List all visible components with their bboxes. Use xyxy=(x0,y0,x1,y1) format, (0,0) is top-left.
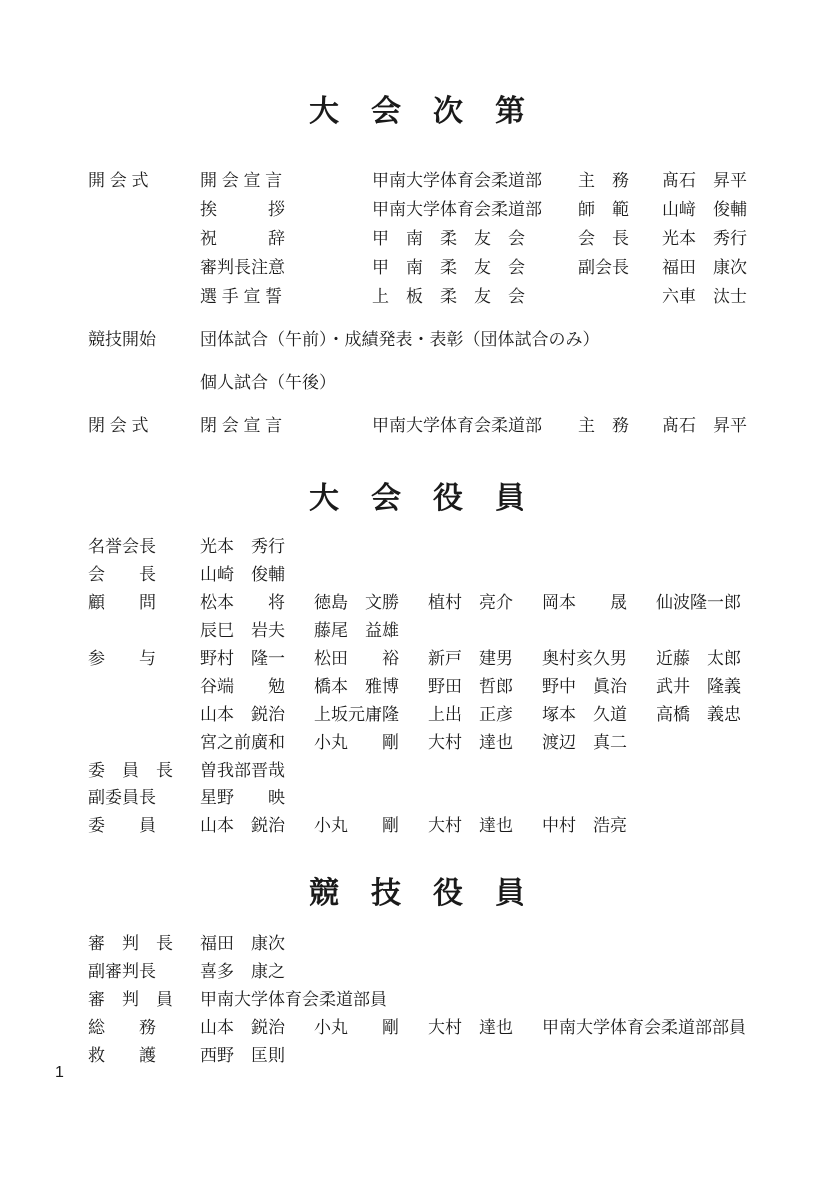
official-name: 徳島 文勝 xyxy=(314,588,402,613)
official-name: 中村 浩亮 xyxy=(542,811,630,836)
official-name: 岡本 晟 xyxy=(542,588,630,613)
official-role-label: 会 長 xyxy=(88,560,200,585)
ceremony-org: 上 板 柔 友 会 xyxy=(372,282,578,307)
official-row: 委 員 長 曽我部晋哉 xyxy=(88,754,835,782)
ceremony-role: 主 務 xyxy=(578,411,662,436)
official-name: 新戸 建男 xyxy=(428,644,516,669)
ceremony-item: 祝 辞 xyxy=(200,224,372,249)
official-name: 高橋 義忠 xyxy=(656,700,744,725)
start-line1: 団体試合（午前）・成績発表・表彰（団体試合のみ） xyxy=(200,325,600,350)
official-name: 辰巳 岩夫 xyxy=(200,616,288,641)
ceremony-item: 開 会 宣 言 xyxy=(200,166,372,191)
official-row: 辰巳 岩夫 藤尾 益雄 xyxy=(88,615,835,643)
official-row: 委 員 山本 鋭治 小丸 剛 大村 達也 中村 浩亮 xyxy=(88,810,835,838)
competition-role-label: 総 務 xyxy=(88,1013,200,1038)
ceremony-row: 審判長注意 甲 南 柔 友 会 副会長 福田 康次 xyxy=(88,251,835,280)
ceremony-org: 甲 南 柔 友 会 xyxy=(372,253,578,278)
ceremony-role: 会 長 xyxy=(578,224,662,249)
competition-role-label: 副審判長 xyxy=(88,957,200,982)
official-name: 曽我部晋哉 xyxy=(200,756,288,781)
ceremony-item: 挨 拶 xyxy=(200,195,372,220)
official-name: 松本 将 xyxy=(200,588,288,613)
competition-name: 山本 鋭治 xyxy=(200,1013,288,1038)
official-row: 参 与 野村 隆一 松田 裕 新戸 建男 奥村亥久男 近藤 太郎 xyxy=(88,643,835,671)
competition-row: 審 判 長 福田 康次 xyxy=(88,927,835,955)
official-name: 光本 秀行 xyxy=(200,532,288,557)
official-name: 武井 隆義 xyxy=(656,672,744,697)
competition-row: 総 務 山本 鋭治 小丸 剛 大村 達也 甲南大学体育会柔道部部員 xyxy=(88,1011,835,1039)
ceremony-person: 山﨑 俊輔 xyxy=(662,195,747,220)
competition-officials-rows: 審 判 長 福田 康次 副審判長 喜多 康之 審 判 員 甲南大学体育会柔道部員… xyxy=(88,927,835,1067)
competition-name: 喜多 康之 xyxy=(200,957,288,982)
official-name: 谷端 勉 xyxy=(200,672,288,697)
ceremony-item: 審判長注意 xyxy=(200,253,372,278)
ceremony-item: 選 手 宣 誓 xyxy=(200,282,372,307)
official-row: 宮之前廣和 小丸 剛 大村 達也 渡辺 真二 xyxy=(88,726,835,754)
ceremony-role: 主 務 xyxy=(578,166,662,191)
competition-name: 小丸 剛 xyxy=(314,1013,402,1038)
official-name: 山本 鋭治 xyxy=(200,700,288,725)
competition-start-row: 個人試合（午後） xyxy=(88,371,835,389)
competition-name: 福田 康次 xyxy=(200,929,288,954)
official-name: 上出 正彦 xyxy=(428,700,516,725)
official-name: 大村 達也 xyxy=(428,811,516,836)
competition-name: 西野 匡則 xyxy=(200,1041,288,1066)
competition-role-label: 審 判 員 xyxy=(88,985,200,1010)
official-role-label: 参 与 xyxy=(88,644,200,669)
official-name: 渡辺 真二 xyxy=(542,728,630,753)
official-role-label: 委 員 長 xyxy=(88,756,200,781)
official-name: 奥村亥久男 xyxy=(542,644,630,669)
competition-name: 大村 達也 xyxy=(428,1013,516,1038)
closing-ceremony-row: 閉 会 式 閉 会 宣 言 甲南大学体育会柔道部 主 務 髙石 昇平 xyxy=(88,414,835,432)
competition-officials-title: 競 技 役 員 xyxy=(0,878,835,910)
ceremony-org: 甲南大学体育会柔道部 xyxy=(372,411,578,436)
official-name: 橋本 雅博 xyxy=(314,672,402,697)
official-name: 小丸 剛 xyxy=(314,811,402,836)
officials-title: 大 会 役 員 xyxy=(0,483,835,515)
official-role-label: 顧 問 xyxy=(88,588,200,613)
competition-name: 甲南大学体育会柔道部部員 xyxy=(542,1013,746,1038)
official-role-label: 名誉会長 xyxy=(88,532,200,557)
competition-row: 救 護 西野 匡則 xyxy=(88,1039,835,1067)
official-name: 星野 映 xyxy=(200,783,288,808)
ceremony-person: 髙石 昇平 xyxy=(662,411,747,436)
ceremony-person: 六車 汰士 xyxy=(662,282,747,307)
official-name: 宮之前廣和 xyxy=(200,728,288,753)
ceremony-role: 副会長 xyxy=(578,253,662,278)
ceremony-row: 選 手 宣 誓 上 板 柔 友 会 六車 汰士 xyxy=(88,280,835,309)
official-name: 野田 哲郎 xyxy=(428,672,516,697)
ceremony-row: 開 会 式 開 会 宣 言 甲南大学体育会柔道部 主 務 髙石 昇平 xyxy=(88,164,835,193)
ceremony-org: 甲南大学体育会柔道部 xyxy=(372,195,578,220)
ceremony-role: 師 範 xyxy=(578,195,662,220)
start-line2: 個人試合（午後） xyxy=(200,368,336,393)
competition-start-row: 競技開始 団体試合（午前）・成績発表・表彰（団体試合のみ） xyxy=(88,328,835,346)
official-row: 名誉会長 光本 秀行 xyxy=(88,531,835,559)
official-name: 植村 亮介 xyxy=(428,588,516,613)
officials-rows: 名誉会長 光本 秀行 会 長 山崎 俊輔 顧 問 松本 将 徳島 文勝 植村 亮… xyxy=(88,531,835,838)
program-title: 大 会 次 第 xyxy=(0,96,835,128)
official-role-label: 副委員長 xyxy=(88,783,200,808)
ceremony-label: 開 会 式 xyxy=(88,166,200,191)
competition-name: 甲南大学体育会柔道部員 xyxy=(200,985,387,1010)
ceremony-org: 甲南大学体育会柔道部 xyxy=(372,166,578,191)
ceremony-person: 福田 康次 xyxy=(662,253,747,278)
official-name: 小丸 剛 xyxy=(314,728,402,753)
document-page: 大 会 次 第 開 会 式 開 会 宣 言 甲南大学体育会柔道部 主 務 髙石 … xyxy=(0,0,835,1181)
competition-row: 副審判長 喜多 康之 xyxy=(88,955,835,983)
ceremony-row: 挨 拶 甲南大学体育会柔道部 師 範 山﨑 俊輔 xyxy=(88,193,835,222)
official-name: 近藤 太郎 xyxy=(656,644,744,669)
competition-row: 審 判 員 甲南大学体育会柔道部員 xyxy=(88,983,835,1011)
ceremony-person: 髙石 昇平 xyxy=(662,166,747,191)
official-name: 野村 隆一 xyxy=(200,644,288,669)
official-name: 藤尾 益雄 xyxy=(314,616,402,641)
official-name: 松田 裕 xyxy=(314,644,402,669)
opening-ceremony-rows: 開 会 式 開 会 宣 言 甲南大学体育会柔道部 主 務 髙石 昇平 挨 拶 甲… xyxy=(88,164,835,309)
official-name: 大村 達也 xyxy=(428,728,516,753)
official-name: 上坂元庸隆 xyxy=(314,700,402,725)
competition-role-label: 審 判 長 xyxy=(88,929,200,954)
ceremony-item: 閉 会 宣 言 xyxy=(200,411,372,436)
ceremony-org: 甲 南 柔 友 会 xyxy=(372,224,578,249)
official-name: 塚本 久道 xyxy=(542,700,630,725)
official-row: 顧 問 松本 将 徳島 文勝 植村 亮介 岡本 晟 仙波隆一郎 xyxy=(88,587,835,615)
official-name: 山崎 俊輔 xyxy=(200,560,288,585)
ceremony-person: 光本 秀行 xyxy=(662,224,747,249)
official-row: 山本 鋭治 上坂元庸隆 上出 正彦 塚本 久道 高橋 義忠 xyxy=(88,698,835,726)
official-name: 仙波隆一郎 xyxy=(656,588,744,613)
competition-role-label: 救 護 xyxy=(88,1041,200,1066)
official-row: 会 長 山崎 俊輔 xyxy=(88,559,835,587)
official-row: 副委員長 星野 映 xyxy=(88,782,835,810)
ceremony-row: 祝 辞 甲 南 柔 友 会 会 長 光本 秀行 xyxy=(88,222,835,251)
official-name: 野中 眞治 xyxy=(542,672,630,697)
start-label: 競技開始 xyxy=(88,325,200,350)
official-row: 谷端 勉 橋本 雅博 野田 哲郎 野中 眞治 武井 隆義 xyxy=(88,670,835,698)
page-number: 1 xyxy=(55,1064,64,1082)
ceremony-label: 閉 会 式 xyxy=(88,411,200,436)
official-name: 山本 鋭治 xyxy=(200,811,288,836)
official-role-label: 委 員 xyxy=(88,811,200,836)
